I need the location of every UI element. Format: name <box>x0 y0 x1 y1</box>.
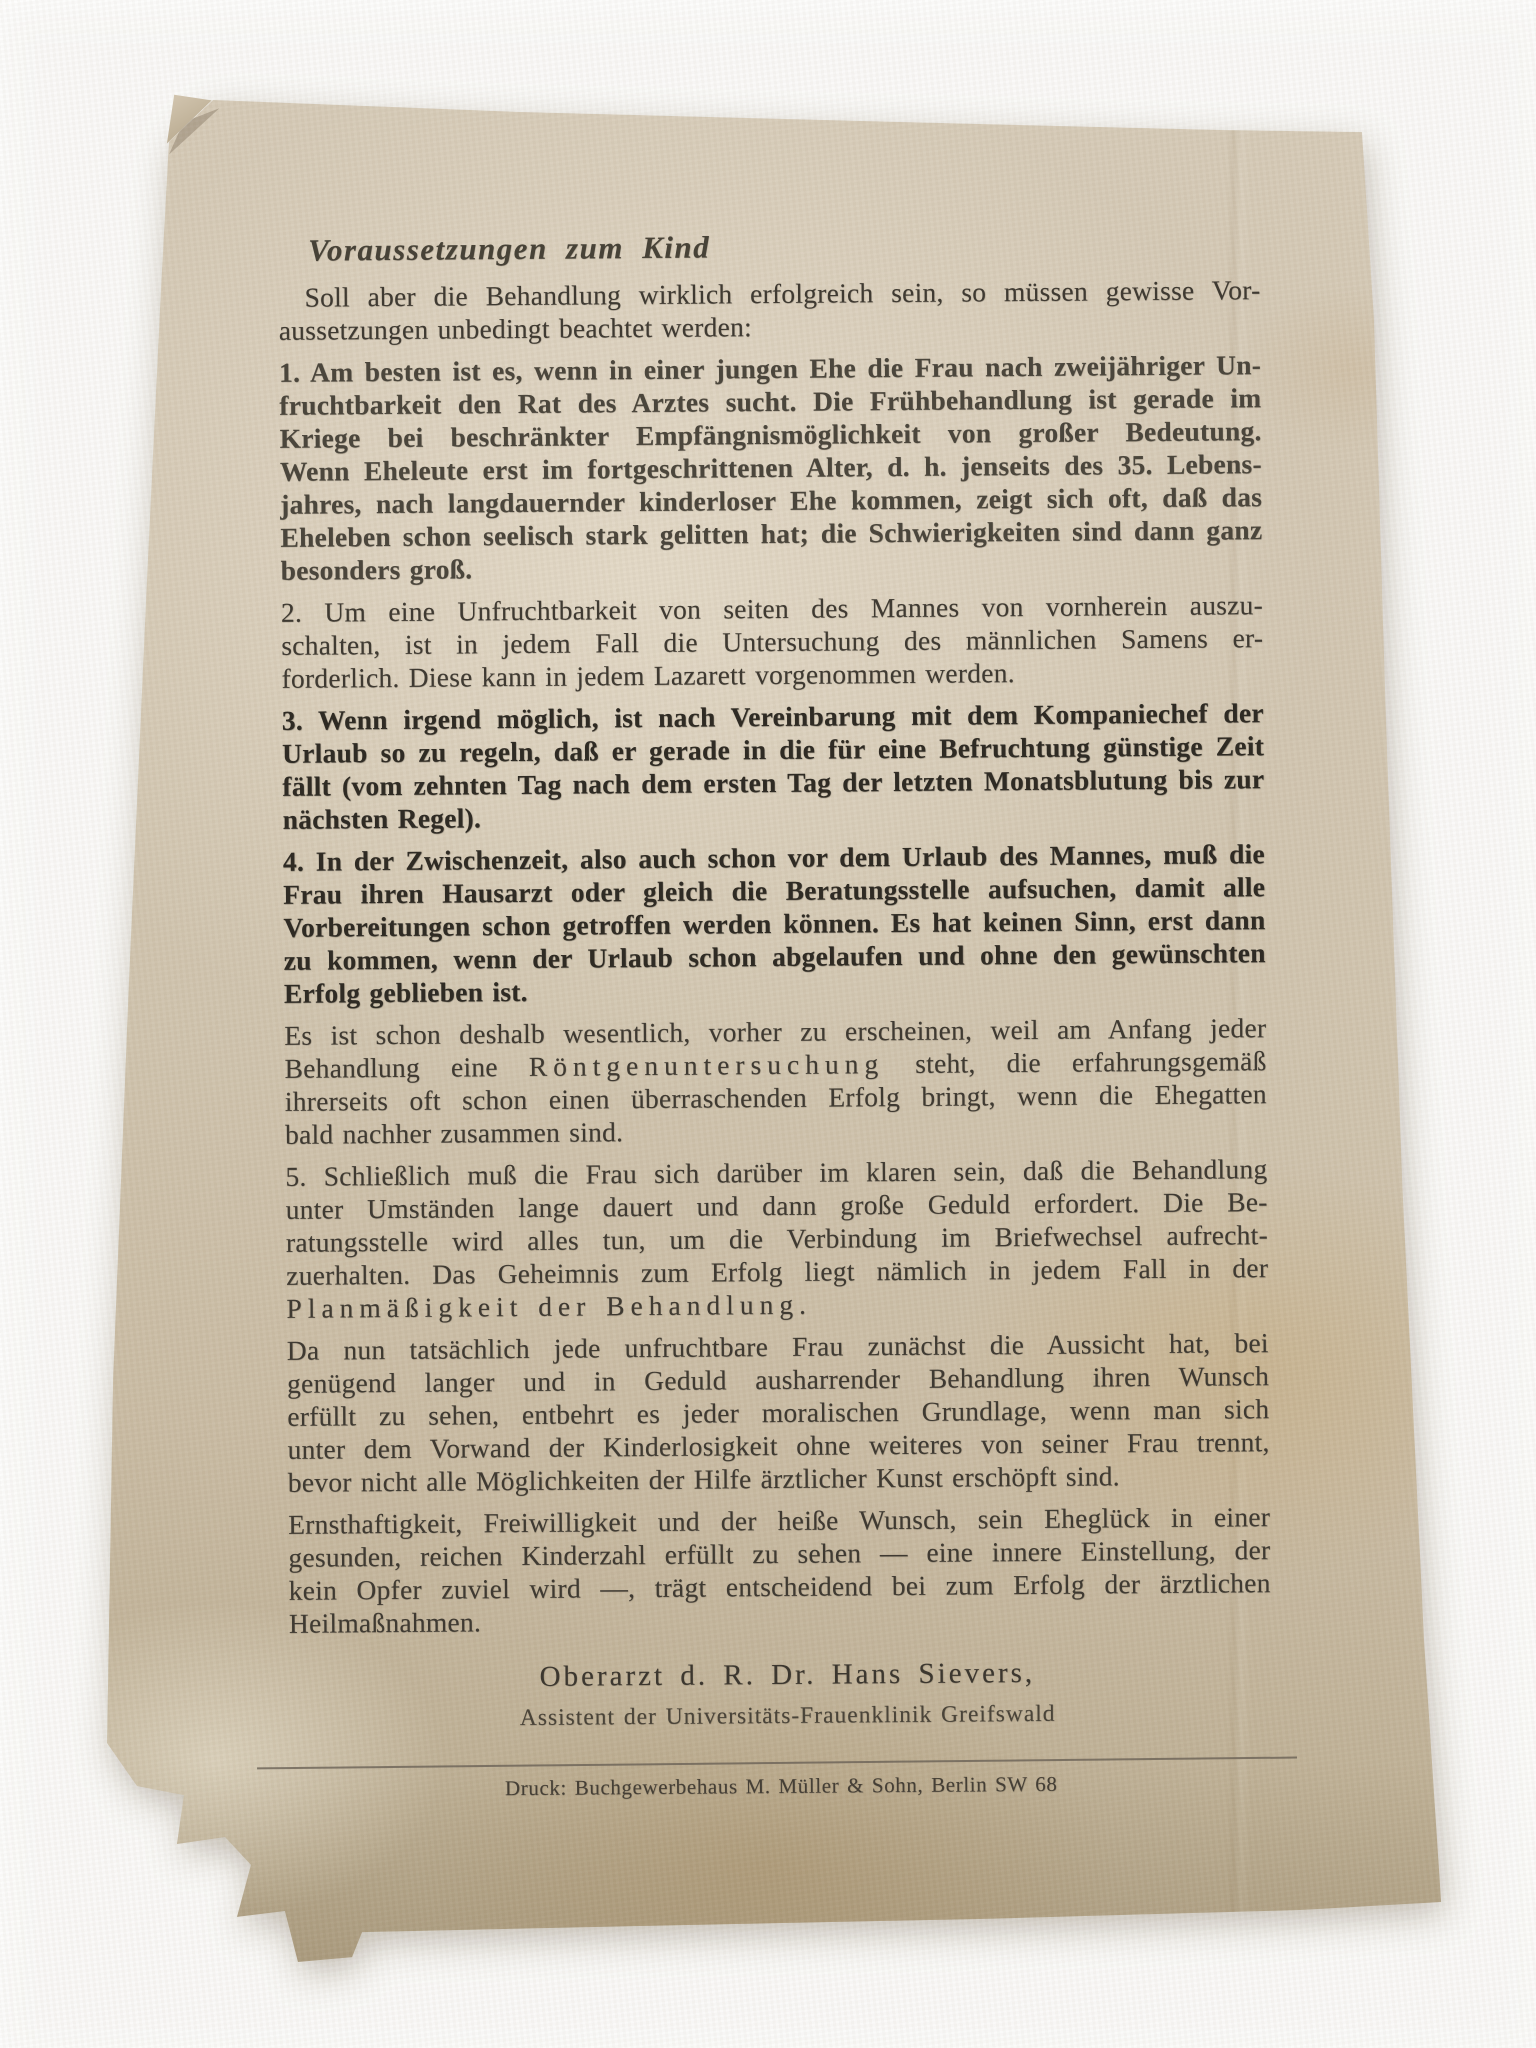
paragraph-da-nun: Da nun tatsächlich jede unfruchtbare Fra… <box>287 1326 1270 1499</box>
text-line: Heilmaßnahmen. <box>289 1599 1271 1640</box>
text-segment: Behandlung eine <box>284 1051 528 1084</box>
paragraph-5: 5. Schließlich muß die Frau sich darüber… <box>285 1152 1268 1325</box>
letterspaced-word: Röntgenuntersuchung <box>529 1048 885 1082</box>
signature-affiliation: Assistent der Universitäts-Frauenklinik … <box>290 1698 1272 1734</box>
intro-paragraph: Soll aber die Behandlung wirklich erfolg… <box>278 273 1260 347</box>
text-line: besonders groß. <box>281 546 1263 587</box>
paragraph-1: 1. Am besten ist es, wenn in einer junge… <box>279 348 1263 587</box>
paragraph-3: 3. Wenn irgend möglich, ist nach Vereinb… <box>282 696 1265 836</box>
paragraph-2: 2. Um eine Unfruchtbarkeit von seiten de… <box>281 588 1264 695</box>
photo-background: Voraussetzungen zum Kind Soll aber die B… <box>0 0 1536 2048</box>
signature-name: Oberarzt d. R. Dr. Hans Sievers, <box>289 1654 1271 1696</box>
imprint-divider <box>257 1757 1297 1770</box>
paragraph-roentgen: Es ist schon deshalb wesentlich, vorher … <box>284 1011 1267 1151</box>
document-title: Voraussetzungen zum Kind <box>278 226 1260 268</box>
text-line: nächsten Regel). <box>282 795 1264 836</box>
text-line: forderlich. Diese kann in jedem Lazarett… <box>281 654 1263 695</box>
text-segment: steht, die erfahrungsgemäß <box>884 1045 1267 1079</box>
document-text: Voraussetzungen zum Kind Soll aber die B… <box>278 226 1272 1803</box>
text-line: Planmäßigkeit der Behandlung. <box>286 1284 1268 1325</box>
letterspaced-phrase: Planmäßigkeit der Behandlung. <box>286 1289 812 1324</box>
paragraph-4: 4. In der Zwischenzeit, also auch schon … <box>283 837 1266 1010</box>
text-line: Erfolg geblieben ist. <box>284 969 1266 1010</box>
text-line: bevor nicht alle Möglichkeiten der Hilfe… <box>288 1458 1270 1499</box>
paragraph-ernsthaftigkeit: Ernsthaftigkeit, Freiwilligkeit und der … <box>288 1500 1271 1640</box>
text-line: aussetzungen unbedingt beachtet werden: <box>279 306 1261 347</box>
text-line: bald nachher zusammen sind. <box>285 1110 1267 1151</box>
